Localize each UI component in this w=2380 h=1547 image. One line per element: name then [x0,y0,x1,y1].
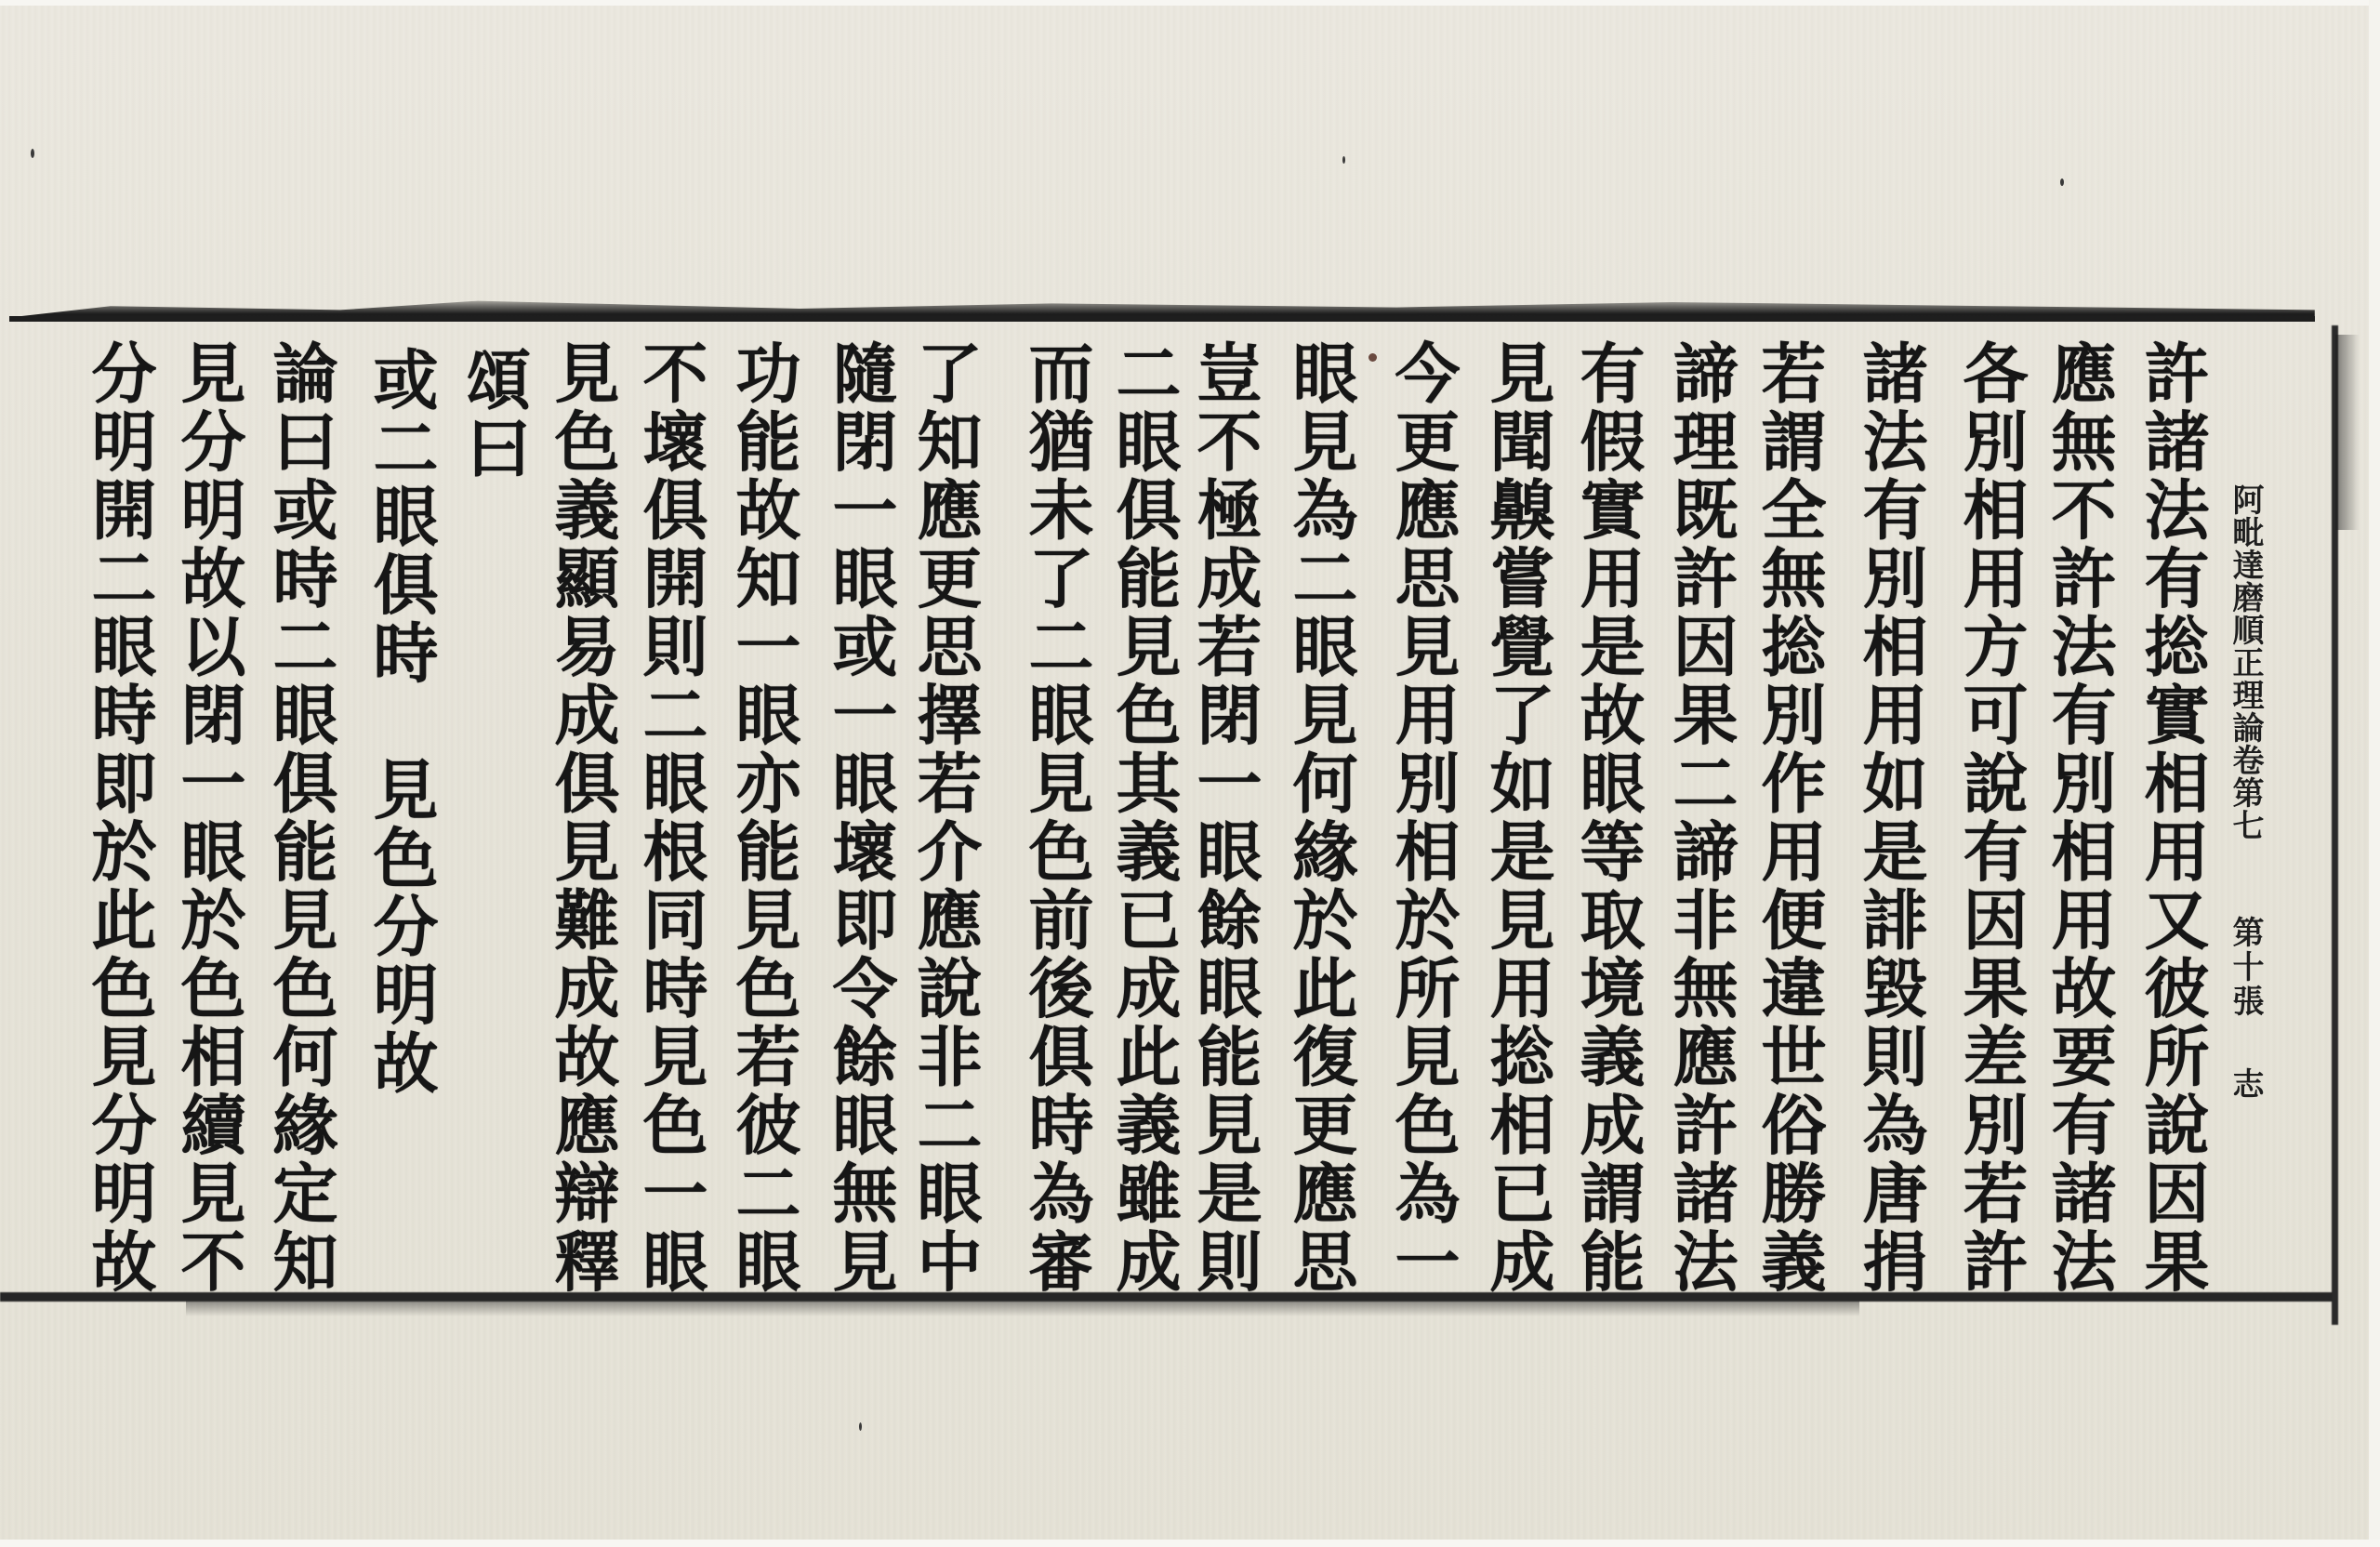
ink-speck [859,1422,862,1431]
scan-edge-bottom [0,1540,2380,1547]
text-column-22: 見分明故以閉一眼於色相續見不 [166,339,250,1296]
text-column-14: 了知應更思擇若介應說非二眼中 [903,339,986,1296]
ink-speck [2060,178,2064,186]
text-column-1: 許諸法有捴實相用又彼所說因果 [2130,339,2214,1296]
margin-carver-mark: 志 [2227,1067,2264,1100]
text-column-18: 見色義顯易成俱見難成故應辯釋 [540,339,624,1296]
text-column-5: 若謂全無捴別作用便違世俗勝義 [1747,339,1831,1296]
verse-heading: 頌曰 [452,346,535,483]
text-column-23: 分明開二眼時即於此色見分明故 [77,339,161,1296]
text-column-17: 不壞俱開則二眼根同時見色一眼 [628,339,712,1296]
margin-page-number: 第十張 [2227,916,2264,1019]
text-column-6: 諦理既許因果二諦非無應許諸法 [1659,339,1742,1296]
text-column-13: 而猶未了二眼見色前後俱時為審 [1014,339,1098,1296]
scan-edge-right [2369,0,2380,1547]
text-column-11: 豈不極成若閉一眼餘眼能見是則 [1183,339,1266,1296]
text-column-16: 功能故知一眼亦能見色若彼二眼 [721,339,805,1296]
text-column-21: 論曰或時二眼俱能見色何緣定知 [258,339,342,1296]
text-column-12: 二眼俱能見色其義已成此義雖成 [1102,339,1185,1296]
text-column-2: 應無不許法有別相用故要有諸法 [2037,339,2121,1296]
ink-speck [1368,353,1377,362]
ink-speck [31,149,34,158]
text-column-15: 隨閉一眼或一眼壞即令餘眼無見 [818,339,902,1296]
text-column-9: 今更應思見用別相於所見色為一 [1381,339,1464,1296]
text-column-8: 見聞齅嘗覺了如是見用捴相已成 [1475,339,1559,1296]
frame-border-right-smudge [2335,335,2360,530]
text-column-7: 有假實用是故眼等取境義成謂能 [1566,339,1649,1296]
scan-edge-top [0,0,2380,6]
verse-line: 或二眼俱時 見色分明故 [359,346,443,1098]
text-column-4: 諸法有別相用如是誹毀則為唐捐 [1848,339,1932,1296]
ink-speck [1342,156,1345,164]
text-column-10: 眼見為二眼見何緣於此復更應思 [1278,339,1362,1296]
frame-border-top [9,316,2315,322]
text-column-3: 各別相用方可說有因果差別若許 [1949,339,2032,1296]
frame-border-bottom-smudge [186,1300,1859,1316]
margin-book-title: 阿毗達磨順正理論卷第七 [2227,483,2264,841]
